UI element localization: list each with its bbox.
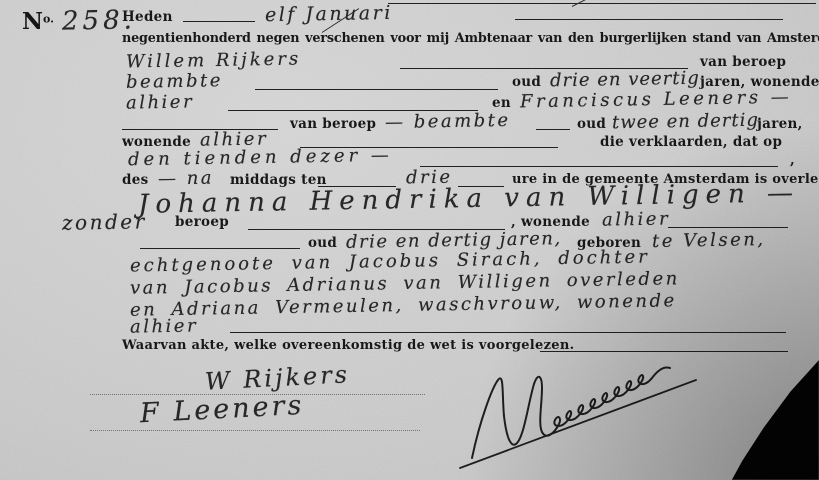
printed-oud-1: oud — [512, 74, 541, 90]
printed-van-beroep-2: van beroep — [290, 116, 376, 132]
ruled-line — [536, 129, 570, 130]
death-day: den tienden dezer — — [128, 145, 393, 171]
parents-residence: alhier — [130, 315, 198, 337]
handwritten-date: elf Januari — [265, 2, 393, 26]
signature-line — [90, 430, 420, 431]
witness2-signature: F Leeners — [139, 390, 305, 430]
declarant1-occupation: beambte — [126, 70, 223, 93]
ruled-line — [230, 332, 786, 333]
printed-middags-ten: middags ten — [230, 172, 327, 188]
printed-des: des — [122, 172, 149, 188]
printed-waarvan-akte: Waarvan akte, welke overeenkomstig de we… — [122, 338, 574, 353]
act-number-prefix-sup: o. — [43, 13, 54, 26]
printed-heden: Heden — [122, 9, 173, 25]
photo-corner — [641, 330, 819, 480]
printed-van-beroep-1: van beroep — [700, 54, 786, 70]
ruled-line — [183, 21, 255, 22]
ruled-line — [420, 166, 778, 167]
printed-oud-3: oud — [308, 235, 337, 251]
declarant1-name: Willem Rijkers — [126, 48, 302, 72]
ruled-line — [255, 89, 498, 90]
printed-die-verklaarden: die verklaarden, dat op — [600, 134, 782, 150]
time-of-day: — na — [158, 168, 214, 190]
occupation-none: zonder — [62, 209, 147, 234]
declarant1-residence: alhier — [126, 91, 194, 113]
ruled-line — [515, 19, 783, 20]
deceased-residence: alhier — [602, 208, 670, 230]
printed-en: en — [492, 95, 511, 111]
declarant2-occupation: — beambte — [385, 110, 511, 133]
ruled-line — [540, 351, 788, 352]
declarant2-name: Franciscus Leeners — — [520, 87, 793, 113]
registrar-signature — [458, 360, 758, 472]
death-certificate-scan: No. 258. Heden elf Januari negentienhond… — [0, 0, 819, 480]
declarant2-age: twee en dertig — [612, 110, 759, 134]
birthplace: te Velsen, — [652, 229, 766, 252]
ruled-line — [140, 248, 300, 249]
printed-oud-2: oud — [577, 116, 606, 132]
ruled-line — [388, 3, 816, 4]
printed-comma: , — [790, 152, 795, 168]
printed-jaren-2: jaren, — [757, 116, 803, 132]
printed-intro: negentienhonderd negen verschenen voor m… — [122, 31, 819, 46]
printed-beroep: beroep — [175, 214, 229, 230]
act-number: No. — [22, 8, 54, 35]
ruled-line — [668, 227, 788, 228]
act-number-prefix: N — [22, 8, 43, 35]
